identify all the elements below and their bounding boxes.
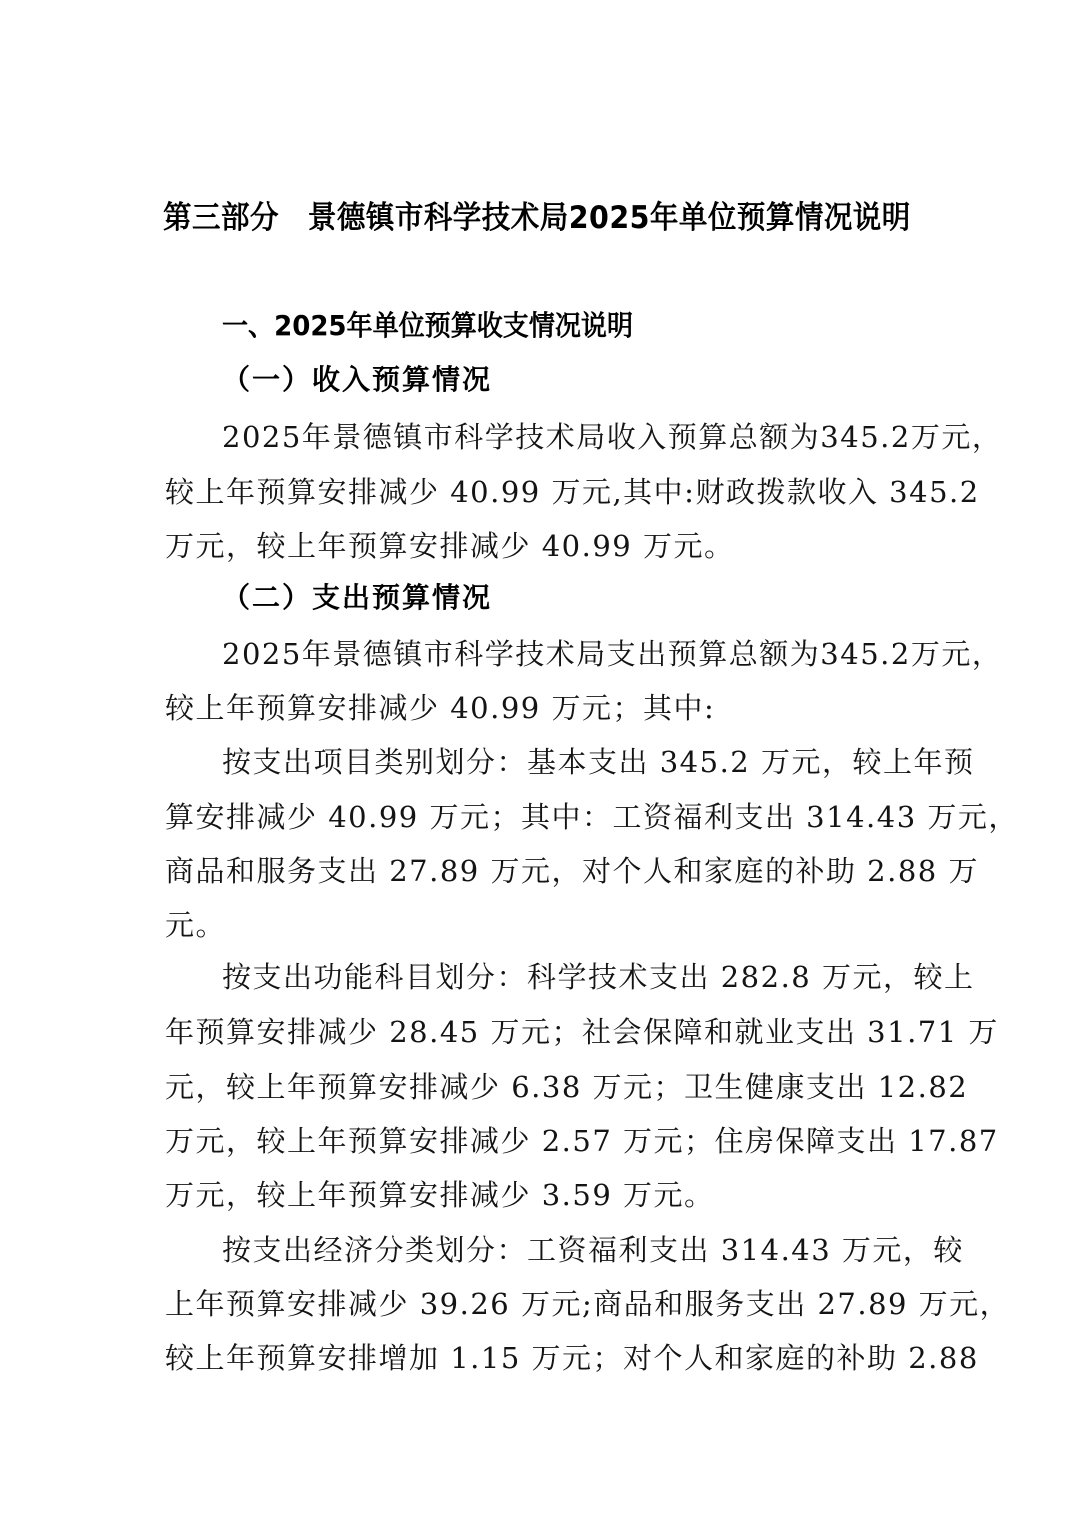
paragraph-line: 较上年预算安排增加 1.15 万元；对个人和家庭的补助 2.88 <box>165 1338 979 1378</box>
paragraph-line: 元，较上年预算安排减少 6.38 万元；卫生健康支出 12.82 <box>165 1067 968 1107</box>
paragraph-line: 按支出项目类别划分：基本支出 345.2 万元，较上年预 <box>222 742 974 782</box>
paragraph-line: 算安排减少 40.99 万元；其中：工资福利支出 314.43 万元， <box>165 797 1019 837</box>
paragraph-line: 商品和服务支出 27.89 万元，对个人和家庭的补助 2.88 万 <box>165 851 979 891</box>
paragraph-line: 较上年预算安排减少 40.99 万元,其中:财政拨款收入 345.2 <box>165 472 980 512</box>
paragraph-line: 元。 <box>165 905 226 945</box>
paragraph-line: 2025年景德镇市科学技术局收入预算总额为345.2万元， <box>222 417 1002 457</box>
subsection-heading-expenditure: （二）支出预算情况 <box>222 578 492 618</box>
paragraph-line: 2025年景德镇市科学技术局支出预算总额为345.2万元， <box>222 634 1002 674</box>
paragraph-line: 上年预算安排减少 39.26 万元;商品和服务支出 27.89 万元， <box>165 1284 1010 1324</box>
section-heading-budget-overview: 一、2025年单位预算收支情况说明 <box>222 306 633 346</box>
paragraph-line: 按支出经济分类划分：工资福利支出 314.43 万元，较 <box>222 1230 964 1270</box>
paragraph-line: 较上年预算安排减少 40.99 万元；其中: <box>165 688 715 728</box>
paragraph-line: 万元，较上年预算安排减少 2.57 万元；住房保障支出 17.87 <box>165 1121 999 1161</box>
paragraph-line: 年预算安排减少 28.45 万元；社会保障和就业支出 31.71 万 <box>165 1012 999 1052</box>
paragraph-line: 按支出功能科目划分：科学技术支出 282.8 万元，较上 <box>222 957 974 997</box>
document-page: 第三部分 景德镇市科学技术局2025年单位预算情况说明 一、2025年单位预算收… <box>0 0 1074 1520</box>
paragraph-line: 万元，较上年预算安排减少 40.99 万元。 <box>165 526 734 566</box>
paragraph-line: 万元，较上年预算安排减少 3.59 万元。 <box>165 1175 715 1215</box>
document-title: 第三部分 景德镇市科学技术局2025年单位预算情况说明 <box>163 196 911 240</box>
subsection-heading-income: （一）收入预算情况 <box>222 360 492 400</box>
